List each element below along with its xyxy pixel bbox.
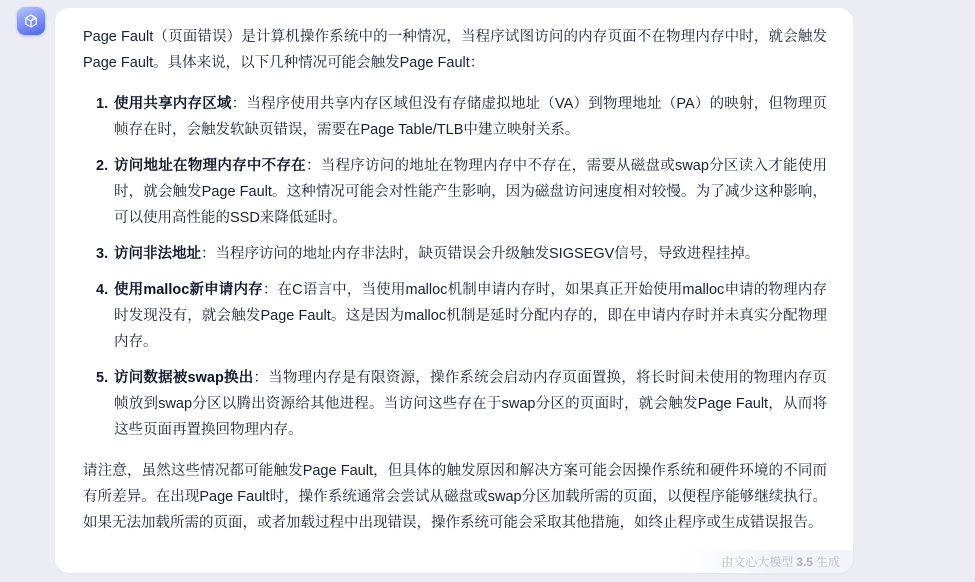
list-item-label: 使用共享内存区域	[114, 96, 232, 112]
list-item-label: 访问地址在物理内存中不存在	[114, 158, 306, 174]
list-item-text: ：当程序访问的地址内存非法时，缺页错误会升级触发SIGSEGV信号，导致进程挂掉…	[201, 246, 759, 262]
list-item: 使用malloc新申请内存：在C语言中，当使用malloc机制申请内存时，如果真…	[83, 277, 827, 355]
list-item-label: 使用malloc新申请内存	[114, 282, 263, 298]
badge-prefix: 由文心大模型	[721, 553, 793, 570]
list-item: 使用共享内存区域：当程序使用共享内存区域但没有存储虚拟地址（VA）到物理地址（P…	[83, 91, 827, 143]
generated-by-model-badge: 由文心大模型3.5生成	[681, 550, 853, 573]
assistant-answer-card: Page Fault（页面错误）是计算机操作系统中的一种情况，当程序试图访问的内…	[55, 8, 853, 573]
list-item-label: 访问数据被swap换出	[114, 370, 253, 386]
answer-content: Page Fault（页面错误）是计算机操作系统中的一种情况，当程序试图访问的内…	[55, 8, 853, 536]
list-item: 访问数据被swap换出：当物理内存是有限资源，操作系统会启动内存页面置换，将长时…	[83, 365, 827, 443]
assistant-message-row: Page Fault（页面错误）是计算机操作系统中的一种情况，当程序试图访问的内…	[0, 0, 975, 582]
list-item-label: 访问非法地址	[114, 246, 201, 262]
list-item: 访问地址在物理内存中不存在：当程序访问的地址在物理内存中不存在，需要从磁盘或sw…	[83, 153, 827, 231]
badge-suffix: 生成	[816, 553, 840, 570]
outro-paragraph: 请注意，虽然这些情况都可能触发Page Fault，但具体的触发原因和解决方案可…	[83, 458, 827, 536]
page-fault-causes-list: 使用共享内存区域：当程序使用共享内存区域但没有存储虚拟地址（VA）到物理地址（P…	[83, 91, 827, 443]
ernie-cube-logo-icon	[22, 12, 40, 30]
assistant-avatar	[17, 7, 45, 35]
model-version: 3.5	[796, 555, 813, 569]
intro-paragraph: Page Fault（页面错误）是计算机操作系统中的一种情况，当程序试图访问的内…	[83, 24, 827, 76]
list-item: 访问非法地址：当程序访问的地址内存非法时，缺页错误会升级触发SIGSEGV信号，…	[83, 241, 827, 267]
